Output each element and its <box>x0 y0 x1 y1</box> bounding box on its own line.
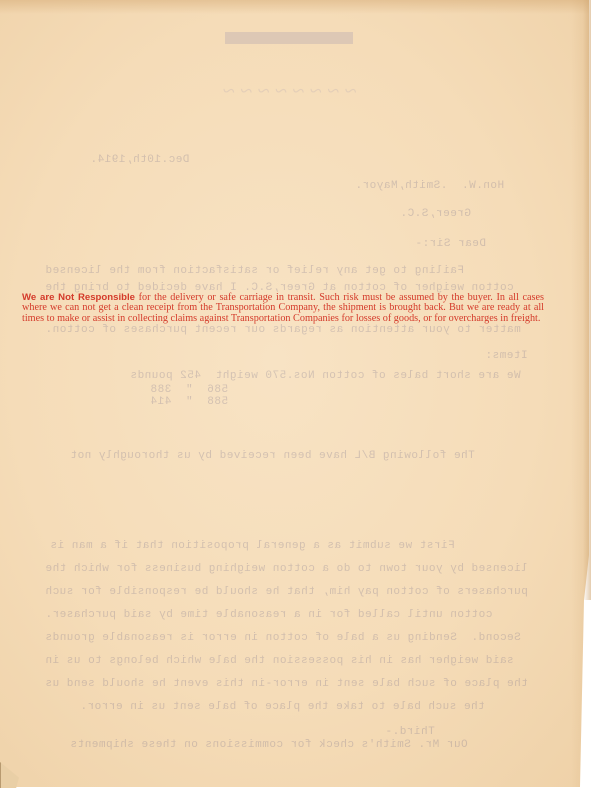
bleed-line: 586 " 388 <box>150 384 228 396</box>
bleed-line: cotton until called for in a reasonable … <box>45 609 492 621</box>
bleed-date: Dec.10th,1914. <box>90 154 189 166</box>
shipping-disclaimer: We are Not Responsible for the delivery … <box>22 293 544 324</box>
disclaimer-lead: We are Not Responsible <box>22 292 135 303</box>
letterhead-bleed-through <box>225 32 353 44</box>
bleed-line: Our Mr. Smith's check for commissions on… <box>70 739 468 751</box>
letter-page: ~ ~ ~ ~ ~ ~ ~ ~ Dec.10th,1914. Hon.W. .S… <box>0 0 611 800</box>
bleed-city: Greer,S.C. <box>400 208 471 220</box>
bleed-line: Items: <box>485 350 528 362</box>
bleed-line: Failing to get any relief or satisfactio… <box>45 265 464 277</box>
bleed-line: licensed by your town to do a cotton wei… <box>45 563 528 575</box>
bleed-line: matter to your attention as regards our … <box>45 324 521 336</box>
letterhead-logo-bleed-through: ~ ~ ~ ~ ~ ~ ~ ~ <box>140 78 440 98</box>
bleed-line: Third.- <box>385 726 435 738</box>
bleed-line: the such bale to take the place of bale … <box>80 701 485 713</box>
bleed-salutation: Dear Sir:- <box>415 238 486 250</box>
bleed-line: First we submit as a general proposition… <box>50 540 455 552</box>
bleed-line: The following B/L have been received by … <box>70 450 475 462</box>
bleed-line: purchasers of cotton pay him, that he sh… <box>45 586 528 598</box>
bleed-line: 588 " 414 <box>150 396 228 408</box>
bleed-recipient: Hon.W. .Smith,Mayor. <box>355 180 504 192</box>
bleed-line: We are short bales of cotton Nos.570 wei… <box>130 370 521 382</box>
bleed-line: said weigher has in his possession the b… <box>45 655 514 667</box>
bleed-line: the place of such bale sent in error-in … <box>45 678 528 690</box>
paper-edge <box>583 0 591 600</box>
bleed-line: Second. Sending us a bale of cotton in e… <box>45 632 521 644</box>
